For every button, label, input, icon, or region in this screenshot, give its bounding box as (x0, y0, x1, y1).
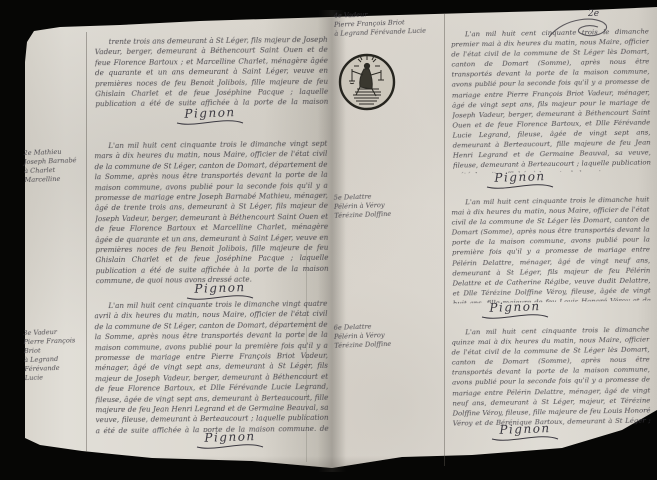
margin-note-line: Pierre François Briot (23, 336, 88, 356)
left-margin-rule (86, 32, 87, 452)
act-text: L'an mil huit cent cinquante trois le di… (451, 194, 651, 303)
margin-note: 2e Mathieu Joseph Barnabé à Charlet Marc… (23, 147, 86, 185)
signature-pignon: Pignon (455, 170, 585, 191)
act-text: L'an mil huit cent cinquante trois le di… (451, 26, 651, 173)
margin-note-line: à Charlet Marcelline (24, 165, 87, 185)
signature-pignon: Pignon (165, 430, 295, 451)
margin-note: 4e Vadeur Pierre François Briot à Legran… (334, 8, 439, 39)
margin-note: 3e Vadeur Pierre François Briot à Legran… (23, 327, 89, 383)
signature-pignon: Pignon (450, 300, 580, 321)
seated-allegory-medallion-stamp-icon (337, 51, 397, 114)
register-scan: 2e trente trois ans demeurant à St Léger… (0, 0, 657, 480)
margin-note-line: à Legrand Férévande (24, 354, 89, 374)
signature-pignon: Pignon (455, 422, 595, 443)
margin-note: 5e Delattre Pélérin à Véroy Térézine Dol… (334, 190, 439, 221)
act-text: L'an mil huit cent cinquante trois le di… (94, 299, 328, 433)
act-text: L'an mil huit cent cinquante trois le di… (451, 324, 651, 427)
act-text: trente trois ans demeurant à St Léger, f… (95, 35, 329, 111)
signature-pignon: Pignon (150, 106, 270, 127)
right-margin-rule (444, 14, 445, 466)
margin-note: 6e Delattre Pélérin à Véroy Térézine Dol… (334, 320, 439, 351)
act-text: L'an mil huit cent cinquante trois le di… (94, 139, 328, 285)
